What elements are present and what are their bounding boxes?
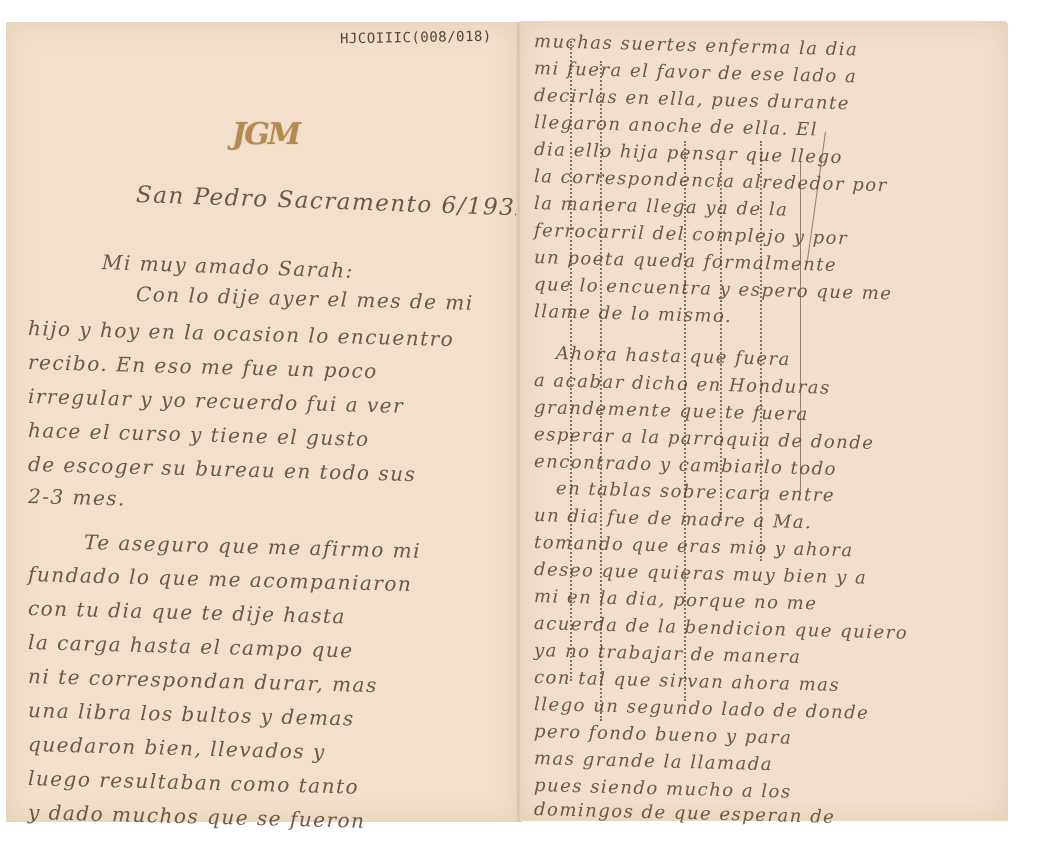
letter-line: y dado muchos que se fueron <box>28 800 366 833</box>
date-line: San Pedro Sacramento 6/1932 <box>136 182 532 222</box>
letter-line: la carga hasta el campo que <box>28 630 354 663</box>
pen-stroke <box>800 161 801 491</box>
cross-writing-column <box>600 61 608 721</box>
letter-line: esperar a la parroquia de donde <box>534 424 875 454</box>
letter-line: Te aseguro que me afirmo mi <box>84 530 422 563</box>
letter-line: la correspondencia alrededor por <box>534 166 888 196</box>
letter-line: domingos de que esperan de <box>534 799 836 828</box>
letter-line: de escoger su bureau en todo sus <box>28 452 417 486</box>
letter-line: hijo y hoy en la ocasion lo encuentro <box>28 316 455 351</box>
letter-line: acuerda de la bendicion que quiero <box>534 613 909 644</box>
letter-line: ni te correspondan durar, mas <box>28 664 378 697</box>
letter-line: deseo que quieras muy bien y a <box>534 559 868 589</box>
letter-line: tomando que eras mio y ahora <box>534 532 854 561</box>
letter-line: 2-3 mes. <box>28 484 127 511</box>
letter-line: Ahora hasta que fuera <box>556 343 791 370</box>
letter-line: muchas suertes enferma la dia <box>534 31 859 60</box>
cross-writing-column <box>760 141 768 561</box>
letter-line: una libra los bultos y demas <box>28 698 355 731</box>
letter-line: pues siendo mucho a los <box>534 775 792 803</box>
letter-line: recibo. En eso me fue un poco <box>28 350 378 383</box>
letter-line: a acabar dicho en Honduras <box>534 370 831 399</box>
letter-line: llame de lo mismo. <box>534 301 733 327</box>
letter-line: mas grande la llamada <box>534 748 774 775</box>
monogram: JGM <box>232 117 299 152</box>
letter-line: irregular y yo recuerdo fui a ver <box>28 384 405 418</box>
salutation: Mi muy amado Sarah: <box>102 250 355 283</box>
letter-line: hace el curso y tiene el gusto <box>28 418 370 451</box>
left-page: HJCOIIIC(008/018) JGM San Pedro Sacramen… <box>6 22 518 822</box>
letter-line: fundado lo que me acompaniaron <box>28 562 413 596</box>
letter-sheet: HJCOIIIC(008/018) JGM San Pedro Sacramen… <box>6 22 1034 822</box>
letter-line: Con lo dije ayer el mes de mi <box>136 282 474 315</box>
letter-line: quedaron bien, llevados y <box>28 732 326 764</box>
letter-line: con tu dia que te dije hasta <box>28 596 346 628</box>
letter-line: pero fondo bueno y para <box>534 721 793 749</box>
right-page: muchas suertes enferma la dia mi fuera e… <box>520 21 1008 821</box>
letter-line: llego un segundo lado de donde <box>534 694 870 724</box>
cross-writing-column <box>684 141 692 701</box>
letter-line: luego resultaban como tanto <box>28 766 360 799</box>
cross-writing-column <box>720 161 728 521</box>
letter-line: decirlas en ella, pues durante <box>534 85 850 114</box>
letter-line: que lo encuentra y espero que me <box>534 274 893 304</box>
cross-writing-column <box>570 41 578 681</box>
archive-reference-note: HJCOIIIC(008/018) <box>340 29 492 48</box>
letter-line: mi fuera el favor de ese lado a <box>534 58 858 87</box>
letter-line: en tablas sobre cara entre <box>556 478 836 506</box>
